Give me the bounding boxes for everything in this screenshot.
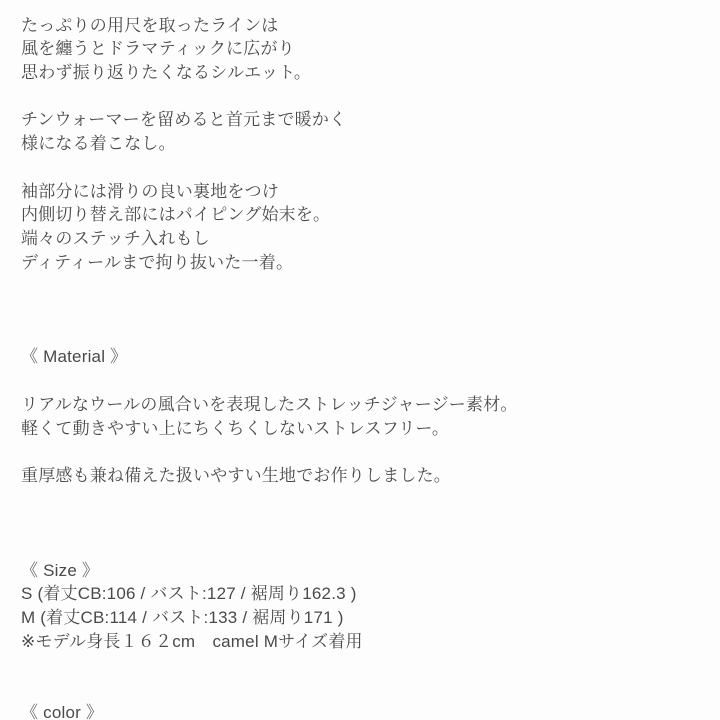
material-texture-paragraph: 重厚感も兼ね備えた扱いやすい生地でお作りしました。 bbox=[21, 464, 704, 488]
text-line: 内側切り替え部にはパイピング始末を。 bbox=[21, 203, 704, 227]
color-heading: 《 color 》 bbox=[21, 701, 704, 720]
text-line: たっぷりの用尺を取ったラインは bbox=[21, 14, 704, 38]
text-line: 風を纏うとドラマティックに広がり bbox=[21, 37, 704, 61]
description-content: たっぷりの用尺を取ったラインは 風を纏うとドラマティックに広がり 思わず振り返り… bbox=[0, 0, 720, 720]
product-description-page: たっぷりの用尺を取ったラインは 風を纏うとドラマティックに広がり 思わず振り返り… bbox=[0, 0, 720, 720]
text-line: 袖部分には滑りの良い裏地をつけ bbox=[21, 180, 704, 204]
text-line: 思わず振り返りたくなるシルエット。 bbox=[21, 61, 704, 85]
styling-paragraph: チンウォーマーを留めると首元まで暖かく 様になる着こなし。 bbox=[21, 108, 704, 155]
size-row-m: M (着丈CB:114 / バスト:133 / 裾周り171 ) bbox=[21, 606, 704, 630]
material-fabric-paragraph: リアルなウールの風合いを表現したストレッチジャージー素材。 軽くて動きやすい上に… bbox=[21, 393, 704, 440]
model-size-note: ※モデル身長１６２cm camel Mサイズ着用 bbox=[21, 630, 704, 654]
text-line: チンウォーマーを留めると首元まで暖かく bbox=[21, 108, 704, 132]
size-row-s: S (着丈CB:106 / バスト:127 / 裾周り162.3 ) bbox=[21, 582, 704, 606]
text-line: 軽くて動きやすい上にちくちくしないストレスフリー。 bbox=[21, 417, 704, 441]
text-line: 様になる着こなし。 bbox=[21, 132, 704, 156]
details-paragraph: 袖部分には滑りの良い裏地をつけ 内側切り替え部にはパイピング始末を。 端々のステ… bbox=[21, 180, 704, 275]
text-line: ディティールまで拘り抜いた一着。 bbox=[21, 251, 704, 275]
text-line: リアルなウールの風合いを表現したストレッチジャージー素材。 bbox=[21, 393, 704, 417]
silhouette-paragraph: たっぷりの用尺を取ったラインは 風を纏うとドラマティックに広がり 思わず振り返り… bbox=[21, 14, 704, 85]
material-heading: 《 Material 》 bbox=[21, 345, 704, 369]
text-line: 端々のステッチ入れもし bbox=[21, 227, 704, 251]
text-line: 重厚感も兼ね備えた扱いやすい生地でお作りしました。 bbox=[21, 464, 704, 488]
size-heading: 《 Size 》 bbox=[21, 559, 704, 583]
